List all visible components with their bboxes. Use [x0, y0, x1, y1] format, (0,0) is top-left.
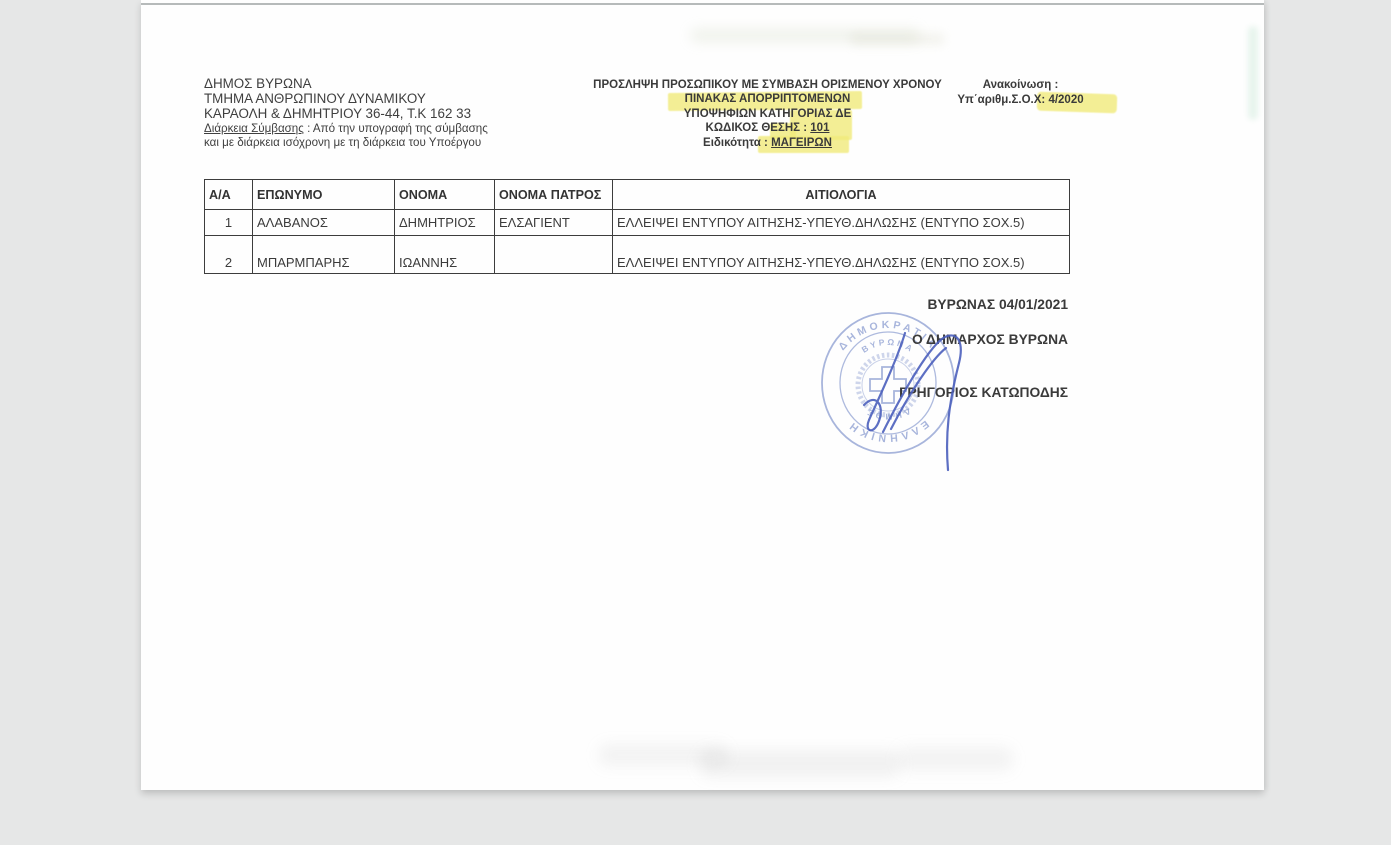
department-name: ΤΜΗΜΑ ΑΝΘΡΩΠΙΝΟΥ ΔΥΝΑΜΙΚΟΥ [204, 91, 488, 106]
col-header-name: ΟΝΟΜΑ [395, 180, 495, 210]
announcement-label: Ανακοίνωση : [938, 78, 1103, 93]
col-header-aa: Α/Α [205, 180, 253, 210]
col-header-father-name: ΟΝΟΜΑ ΠΑΤΡΟΣ [495, 180, 613, 210]
table-row: 1 ΑΛΑΒΑΝΟΣ ΔΗΜΗΤΡΙΟΣ ΕΛΣΑΓΙΕΝΤ ΕΛΛΕΙΨΕΙ … [205, 210, 1070, 236]
announcement-block: Ανακοίνωση : Υπ΄αριθμ.Σ.Ο.Χ: 4/2020 [938, 78, 1103, 107]
title-line: ΠΡΟΣΛΗΨΗ ΠΡΟΣΩΠΙΚΟΥ ΜΕ ΣΥΜΒΑΣΗ ΟΡΙΣΜΕΝΟΥ… [585, 78, 950, 92]
announcement-number-line: Υπ΄αριθμ.Σ.Ο.Χ: 4/2020 [938, 93, 1103, 108]
document-title-block: ΠΡΟΣΛΗΨΗ ΠΡΟΣΩΠΙΚΟΥ ΜΕ ΣΥΜΒΑΣΗ ΟΡΙΣΜΕΝΟΥ… [585, 78, 950, 150]
mayor-name: ΓΡΗΓΟΡΙΟΣ ΚΑΤΩΠΟΔΗΣ [828, 385, 1068, 400]
cell-name: ΔΗΜΗΤΡΙΟΣ [395, 210, 495, 236]
scanned-document-viewer: ΔΗΜΟΣ ΒΥΡΩΝΑ ΤΜΗΜΑ ΑΝΘΡΩΠΙΝΟΥ ΔΥΝΑΜΙΚΟΥ … [0, 0, 1391, 845]
cell-reason: ΕΛΛΕΙΨΕΙ ΕΝΤΥΠΟΥ ΑΙΤΗΣΗΣ-ΥΠΕΥΘ.ΔΗΛΩΣΗΣ (… [613, 210, 1070, 236]
cell-surname: ΑΛΑΒΑΝΟΣ [253, 210, 395, 236]
cell-name: ΙΩΑΝΝΗΣ [395, 236, 495, 274]
contract-duration-line: Διάρκεια Σύμβασης : Από την υπογραφή της… [204, 122, 488, 136]
stamp-outer-bottom-text: ΕΛΛΗΝΙΚΗ [845, 418, 931, 444]
rejected-candidates-table: Α/Α ΕΠΩΝΥΜΟ ΟΝΟΜΑ ΟΝΟΜΑ ΠΑΤΡΟΣ ΑΙΤΙΟΛΟΓΙ… [204, 179, 1070, 274]
cell-aa: 1 [205, 210, 253, 236]
mayor-title: Ο ΔΗΜΑΡΧΟΣ ΒΥΡΩΝΑ [828, 332, 1068, 347]
svg-text:ΕΛΛΗΝΙΚΗ: ΕΛΛΗΝΙΚΗ [845, 418, 931, 444]
sender-address-block: ΔΗΜΟΣ ΒΥΡΩΝΑ ΤΜΗΜΑ ΑΝΘΡΩΠΙΝΟΥ ΔΥΝΑΜΙΚΟΥ … [204, 76, 488, 149]
col-header-surname: ΕΠΩΝΥΜΟ [253, 180, 395, 210]
municipality-name: ΔΗΜΟΣ ΒΥΡΩΝΑ [204, 76, 488, 91]
municipal-round-stamp-icon: ΔΗΜΟΚΡΑΤΙΑ ΕΛΛΗΝΙΚΗ ΒΥΡΩΝΑ ΔΗΜΟΣ [813, 308, 963, 458]
table-header-row: Α/Α ΕΠΩΝΥΜΟ ΟΝΟΜΑ ΟΝΟΜΑ ΠΑΤΡΟΣ ΑΙΤΙΟΛΟΓΙ… [205, 180, 1070, 210]
col-header-reason: ΑΙΤΙΟΛΟΓΙΑ [613, 180, 1070, 210]
page-top-edge-line [141, 3, 1264, 5]
cell-reason: ΕΛΛΕΙΨΕΙ ΕΝΤΥΠΟΥ ΑΙΤΗΣΗΣ-ΥΠΕΥΘ.ΔΗΛΩΣΗΣ (… [613, 236, 1070, 274]
cell-aa: 2 [205, 236, 253, 274]
stamp-inner-bottom-text: ΔΗΜΟΣ [864, 406, 913, 422]
specialty-line: Ειδικότητα : ΜΑΓΕΙΡΩΝ [585, 136, 950, 150]
place-and-date: ΒΥΡΩΝΑΣ 04/01/2021 [828, 297, 1068, 312]
specialty-value: ΜΑΓΕΙΡΩΝ [771, 137, 832, 149]
rejected-list-title: ΠΙΝΑΚΑΣ ΑΠΟΡΡΙΠΤΟΜΕΝΩΝ [585, 92, 950, 106]
announcement-number-value: 4/2020 [1048, 94, 1083, 106]
contract-duration-line2: και με διάρκεια ισόχρονη με τη διάρκεια … [204, 136, 488, 150]
position-code-line: ΚΩΔΙΚΟΣ ΘΕΣΗΣ : 101 [585, 121, 950, 135]
cell-father-name: ΕΛΣΑΓΙΕΝΤ [495, 210, 613, 236]
table-row: 2 ΜΠΑΡΜΠΑΡΗΣ ΙΩΑΝΝΗΣ ΕΛΛΕΙΨΕΙ ΕΝΤΥΠΟΥ ΑΙ… [205, 236, 1070, 274]
cell-father-name [495, 236, 613, 274]
svg-text:ΔΗΜΟΣ: ΔΗΜΟΣ [864, 406, 913, 422]
cell-surname: ΜΠΑΡΜΠΑΡΗΣ [253, 236, 395, 274]
position-code-value: 101 [810, 122, 829, 134]
address-line: ΚΑΡΑΟΛΗ & ΔΗΜΗΤΡΙΟΥ 36-44, Τ.Κ 162 33 [204, 106, 488, 121]
category-line: ΥΠΟΨΗΦΙΩΝ ΚΑΤΗΓΟΡΙΑΣ ΔΕ [585, 107, 950, 121]
